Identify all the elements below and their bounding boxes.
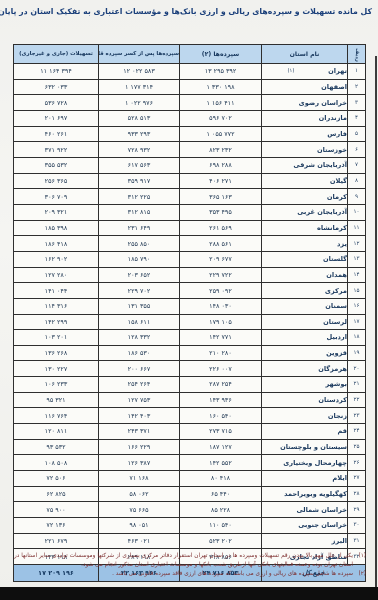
province-cell: زنجان — [262, 408, 348, 424]
footnote: (۱) یکی از علل مهم بالا بودن رقم تسهیلات… — [14, 552, 366, 570]
deposits-after-legal-cell: ۹۸ ۰۵۱ — [99, 518, 180, 534]
deposits-after-legal-cell: ۱۸۶ ۵۳۰ — [99, 345, 180, 361]
facilities-cell: ۱۴۱ ۰۴۴ — [14, 283, 99, 299]
deposits-cell: ۱۸۷ ۱۲۷ — [180, 439, 262, 455]
rank-cell: ۲۰ — [348, 361, 366, 377]
facilities-cell: ۱۱ ۱۶۴ ۳۹۴ — [14, 64, 99, 80]
province-name: مازندران — [319, 114, 347, 122]
deposits-cell: ۱۴۲ ۷۷۱ — [180, 330, 262, 346]
deposits-cell: ۲۰۹ ۶۷۷ — [180, 251, 262, 267]
deposits-after-legal-cell: ۶۱۷ ۵۶۳ — [99, 157, 180, 173]
province-cell: فارس — [262, 126, 348, 142]
province-name: اصفهان — [321, 83, 347, 91]
table-row: ۱۱ کرمانشاه ۲۶۱ ۵۶۹ ۲۳۱ ۶۴۹ ۱۸۵ ۳۹۸ — [14, 220, 366, 236]
table-row: ۳۱ البرز ۵۲۳ ۲۰۲ ۴۶۳ ۰۲۱ ۲۲۱ ۶۷۹ — [14, 533, 366, 549]
table-row: ۱۴ همدان ۲۲۹ ۷۲۲ ۲۰۳ ۶۵۲ ۱۲۷ ۲۸۰ — [14, 267, 366, 283]
province-name: خراسان شمالی — [296, 506, 347, 514]
rank-cell: ۵ — [348, 126, 366, 142]
province-name: یزد — [337, 240, 347, 248]
table-row: ۲۴ قم ۲۷۳ ۷۱۵ ۲۴۳ ۳۷۱ ۱۲۰ ۸۱۱ — [14, 424, 366, 440]
province-cell: یزد — [262, 236, 348, 252]
rank-cell: ۲۷ — [348, 471, 366, 487]
deposits-cell: ۵۹۶ ۷۰۲ — [180, 110, 262, 126]
scanned-page: کل مانده تسهیلات و سپرده‌های ریالی و ارز… — [0, 0, 378, 600]
photo-bottom-black-bar — [0, 587, 378, 600]
rank-cell: ۲۸ — [348, 486, 366, 502]
deposits-cell: ۵۲۳ ۲۰۲ — [180, 533, 262, 549]
province-name: هرمزگان — [318, 365, 347, 373]
province-cell: کرمان — [262, 189, 348, 205]
province-name: تهران — [328, 67, 347, 75]
col-header-deposits-after-legal: سپرده‌ها پس از کسر سپرده قانونی — [99, 45, 180, 64]
deposits-after-legal-cell: ۱۲۷ ۷۵۳ — [99, 392, 180, 408]
facilities-cell: ۱۳۶ ۲۶۸ — [14, 345, 99, 361]
province-cell: گلستان — [262, 251, 348, 267]
province-name: آذربایجان شرقی — [293, 161, 347, 169]
table-header: ردیف نام استان سپرده‌ها (۲) سپرده‌ها پس … — [14, 45, 366, 64]
deposits-after-legal-cell: ۲۳۱ ۶۴۹ — [99, 220, 180, 236]
deposits-cell: ۱۶۰ ۵۴۰ — [180, 408, 262, 424]
province-name: زنجان — [328, 412, 347, 420]
table-row: ۴ مازندران ۵۹۶ ۷۰۲ ۵۲۸ ۵۱۳ ۲۰۱ ۶۹۷ — [14, 110, 366, 126]
deposits-cell: ۱۴۳ ۹۳۶ — [180, 392, 262, 408]
rank-cell: ۲۹ — [348, 502, 366, 518]
rank-cell: ۲۱ — [348, 377, 366, 393]
table-row: ۲ اصفهان ۱ ۳۳۰ ۱۹۸ ۱ ۱۷۷ ۳۱۴ ۶۳۲ ۰۳۳ — [14, 79, 366, 95]
table-row: ۱۲ یزد ۲۸۸ ۵۶۱ ۲۵۵ ۸۵۰ ۱۸۶ ۴۱۸ — [14, 236, 366, 252]
deposits-cell: ۲۶۱ ۵۶۹ — [180, 220, 262, 236]
facilities-cell: ۱۰۸ ۵۰۸ — [14, 455, 99, 471]
rank-cell: ۴ — [348, 110, 366, 126]
deposits-after-legal-cell: ۱۳۱ ۳۵۵ — [99, 298, 180, 314]
province-name: بوشهر — [325, 380, 347, 388]
table-row: ۸ گیلان ۴۰۶ ۲۷۱ ۳۵۹ ۹۱۷ ۲۵۶ ۳۶۵ — [14, 173, 366, 189]
deposits-cell: ۱۴۲ ۵۵۲ — [180, 455, 262, 471]
deposits-after-legal-cell: ۱ ۱۷۷ ۳۱۴ — [99, 79, 180, 95]
deposits-cell: ۲۲۹ ۷۲۲ — [180, 267, 262, 283]
province-cell: کردستان — [262, 392, 348, 408]
deposits-after-legal-cell: ۱۸۵ ۷۹۰ — [99, 251, 180, 267]
deposits-cell: ۱ ۳۳۰ ۱۹۸ — [180, 79, 262, 95]
deposits-after-legal-cell: ۷۱ ۱۶۸ — [99, 471, 180, 487]
deposits-after-legal-cell: ۲۵۵ ۸۵۰ — [99, 236, 180, 252]
deposits-cell: ۱۳ ۲۹۵ ۳۹۲ — [180, 64, 262, 80]
province-cell: سمنان — [262, 298, 348, 314]
rank-cell: ۱۵ — [348, 283, 366, 299]
table-row: ۱۹ قزوین ۲۱۰ ۲۸۰ ۱۸۶ ۵۳۰ ۱۳۶ ۲۶۸ — [14, 345, 366, 361]
table-row: ۲۷ ایلام ۸۰ ۴۱۸ ۷۱ ۱۶۸ ۷۲ ۵۰۶ — [14, 471, 366, 487]
col-header-facilities: تسهیلات (جاری و غیرجاری) — [14, 45, 99, 64]
deposits-after-legal-cell: ۷۵ ۶۶۵ — [99, 502, 180, 518]
province-name: کرمانشاه — [317, 224, 347, 232]
deposits-after-legal-cell: ۱۲۸ ۳۳۲ — [99, 330, 180, 346]
deposits-cell: ۸۲۳ ۲۳۲ — [180, 142, 262, 158]
rank-cell: ۱۲ — [348, 236, 366, 252]
province-cell: سیستان و بلوچستان — [262, 439, 348, 455]
photo-edge-shadow — [375, 56, 378, 587]
table-row: ۹ کرمان ۳۶۵ ۱۶۳ ۳۱۲ ۲۲۵ ۳۰۶ ۷۰۹ — [14, 189, 366, 205]
col-header-rank: ردیف — [348, 45, 366, 64]
footnote: (۲) سپرده ها شامل سپرده های ریالی و ارزی… — [14, 570, 366, 579]
province-cell: قزوین — [262, 345, 348, 361]
deposits-after-legal-cell: ۱۶۶ ۲۲۹ — [99, 439, 180, 455]
rank-cell: ۱۶ — [348, 298, 366, 314]
footnote-1-marker: (۱) — [353, 552, 366, 570]
deposits-after-legal-cell: ۱۵۸ ۶۱۱ — [99, 314, 180, 330]
facilities-cell: ۷۵ ۹۰۰ — [14, 502, 99, 518]
province-name: البرز — [332, 537, 347, 545]
province-cell: مازندران — [262, 110, 348, 126]
table-row: ۵ فارس ۱ ۰۵۵ ۷۷۲ ۹۳۳ ۲۹۳ ۴۶۰ ۲۶۱ — [14, 126, 366, 142]
rank-cell: ۷ — [348, 157, 366, 173]
col-header-deposits: سپرده‌ها (۲) — [180, 45, 262, 64]
facilities-cell: ۱۰۳ ۲۰۱ — [14, 330, 99, 346]
province-name: خوزستان — [317, 146, 347, 154]
facilities-cell: ۲۲۱ ۶۷۹ — [14, 533, 99, 549]
deposits-cell: ۱ ۱۵۶ ۴۱۱ — [180, 95, 262, 111]
rank-cell: ۱۴ — [348, 267, 366, 283]
rank-cell: ۲۲ — [348, 392, 366, 408]
deposits-cell: ۶۹۸ ۲۸۸ — [180, 157, 262, 173]
facilities-cell: ۳۰۶ ۷۰۹ — [14, 189, 99, 205]
rank-cell: ۱۱ — [348, 220, 366, 236]
province-cell: قم — [262, 424, 348, 440]
facilities-cell: ۷۲ ۱۳۶ — [14, 518, 99, 534]
table-row: ۳۰ خراسان جنوبی ۱۱۰ ۵۴۰ ۹۸ ۰۵۱ ۷۲ ۱۳۶ — [14, 518, 366, 534]
province-cell: لرستان — [262, 314, 348, 330]
rank-cell: ۱۳ — [348, 251, 366, 267]
table-row: ۲۵ سیستان و بلوچستان ۱۸۷ ۱۲۷ ۱۶۶ ۲۲۹ ۹۳ … — [14, 439, 366, 455]
province-name: لرستان — [323, 318, 347, 326]
rank-cell: ۲۳ — [348, 408, 366, 424]
province-cell: خوزستان — [262, 142, 348, 158]
deposits-cell: ۳۵۳ ۴۹۵ — [180, 204, 262, 220]
rank-cell: ۳۱ — [348, 533, 366, 549]
deposits-cell: ۶۵ ۴۴۰ — [180, 486, 262, 502]
footnote-2-marker: (۲) — [353, 570, 366, 579]
facilities-cell: ۹۵ ۳۲۱ — [14, 392, 99, 408]
rank-cell: ۳ — [348, 95, 366, 111]
province-cell: البرز — [262, 533, 348, 549]
province-name: چهارمحال وبختیاری — [283, 459, 347, 467]
facilities-cell: ۱۱۴ ۳۱۶ — [14, 298, 99, 314]
facilities-cell: ۲۵۶ ۳۶۵ — [14, 173, 99, 189]
facilities-cell: ۱۴۲ ۲۹۹ — [14, 314, 99, 330]
table-body: ۱ تهران(۱) ۱۳ ۲۹۵ ۳۹۲ ۱۲ ۰۲۲ ۵۸۳ ۱۱ ۱۶۴ … — [14, 64, 366, 565]
rank-cell: ۱۸ — [348, 330, 366, 346]
table-row: ۱۰ آذربایجان غربی ۳۵۳ ۴۹۵ ۳۱۲ ۸۱۵ ۲۰۹ ۳۲… — [14, 204, 366, 220]
table-row: ۱۸ اردبیل ۱۴۲ ۷۷۱ ۱۲۸ ۳۳۲ ۱۰۳ ۲۰۱ — [14, 330, 366, 346]
province-name: کرمان — [327, 193, 347, 201]
facilities-cell: ۱۶۲ ۹۰۲ — [14, 251, 99, 267]
province-name: آذربایجان غربی — [297, 208, 347, 216]
deposits-cell: ۱۷۹ ۱۰۵ — [180, 314, 262, 330]
deposits-cell: ۲۷۳ ۷۱۵ — [180, 424, 262, 440]
facilities-cell: ۲۰۹ ۳۲۱ — [14, 204, 99, 220]
rank-header-label: ردیف — [354, 48, 360, 62]
province-cell: خراسان رضوی — [262, 95, 348, 111]
rank-cell: ۲ — [348, 79, 366, 95]
footnotes: (۱) یکی از علل مهم بالا بودن رقم تسهیلات… — [14, 552, 366, 579]
table-row: ۲۸ کهگیلویه وبویراحمد ۶۵ ۴۴۰ ۵۸ ۰۶۲ ۶۲ ۸… — [14, 486, 366, 502]
province-name: قم — [338, 427, 348, 435]
footnote-1-text: یکی از علل مهم بالا بودن رقم تسهیلات وسپ… — [14, 552, 353, 570]
deposits-after-legal-cell: ۴۶۳ ۰۲۱ — [99, 533, 180, 549]
table-row: ۷ آذربایجان شرقی ۶۹۸ ۲۸۸ ۶۱۷ ۵۶۳ ۳۵۵ ۵۳۲ — [14, 157, 366, 173]
province-name: کهگیلویه وبویراحمد — [284, 490, 347, 498]
province-name: گیلان — [330, 177, 347, 185]
province-cell: آذربایجان شرقی — [262, 157, 348, 173]
deposits-cell: ۴۰۶ ۲۷۱ — [180, 173, 262, 189]
province-name: گلستان — [323, 255, 347, 263]
facilities-cell: ۳۵۵ ۵۳۲ — [14, 157, 99, 173]
deposits-after-legal-cell: ۳۱۲ ۲۲۵ — [99, 189, 180, 205]
deposits-after-legal-cell: ۲۰۳ ۶۵۲ — [99, 267, 180, 283]
facilities-cell: ۱۱۶ ۷۶۴ — [14, 408, 99, 424]
province-cell: هرمزگان — [262, 361, 348, 377]
rank-cell: ۹ — [348, 189, 366, 205]
table-row: ۱۶ سمنان ۱۴۸ ۰۳۰ ۱۳۱ ۳۵۵ ۱۱۴ ۳۱۶ — [14, 298, 366, 314]
rank-cell: ۲۴ — [348, 424, 366, 440]
table-row: ۲۶ چهارمحال وبختیاری ۱۴۲ ۵۵۲ ۱۲۶ ۳۸۷ ۱۰۸… — [14, 455, 366, 471]
facilities-cell: ۶۲ ۸۲۵ — [14, 486, 99, 502]
province-name: سیستان و بلوچستان — [280, 443, 347, 451]
col-header-province: نام استان — [262, 45, 348, 64]
province-name: سمنان — [325, 302, 347, 310]
footnote-marker: (۱) — [288, 68, 295, 74]
province-cell: کهگیلویه وبویراحمد — [262, 486, 348, 502]
province-name: ایلام — [332, 474, 347, 482]
rank-cell: ۱ — [348, 64, 366, 80]
deposits-after-legal-cell: ۱ ۰۲۲ ۹۷۶ — [99, 95, 180, 111]
rank-cell: ۲۶ — [348, 455, 366, 471]
province-name: اردبیل — [327, 333, 348, 341]
table-row: ۳ خراسان رضوی ۱ ۱۵۶ ۴۱۱ ۱ ۰۲۲ ۹۷۶ ۵۳۶ ۷۲… — [14, 95, 366, 111]
province-name: قزوین — [326, 349, 347, 357]
deposits-cell: ۲۱۰ ۲۸۰ — [180, 345, 262, 361]
deposits-after-legal-cell: ۲۰۰ ۶۶۷ — [99, 361, 180, 377]
facilities-cell: ۹۳ ۵۳۲ — [14, 439, 99, 455]
deposits-cell: ۲۸۸ ۵۶۱ — [180, 236, 262, 252]
table-row: ۲۳ زنجان ۱۶۰ ۵۴۰ ۱۴۲ ۴۰۳ ۱۱۶ ۷۶۴ — [14, 408, 366, 424]
table-row: ۲۲ کردستان ۱۴۳ ۹۳۶ ۱۲۷ ۷۵۳ ۹۵ ۳۲۱ — [14, 392, 366, 408]
province-cell: آذربایجان غربی — [262, 204, 348, 220]
rank-cell: ۶ — [348, 142, 366, 158]
province-cell: گیلان — [262, 173, 348, 189]
province-cell: مرکزی — [262, 283, 348, 299]
facilities-cell: ۱۲۰ ۸۱۱ — [14, 424, 99, 440]
deposits-after-legal-cell: ۱۲۶ ۳۸۷ — [99, 455, 180, 471]
province-cell: خراسان جنوبی — [262, 518, 348, 534]
facilities-cell: ۶۳۲ ۰۳۳ — [14, 79, 99, 95]
facilities-cell: ۵۳۶ ۷۲۸ — [14, 95, 99, 111]
table-row: ۱۵ مرکزی ۲۵۹ ۰۹۲ ۲۲۹ ۷۰۲ ۱۴۱ ۰۴۴ — [14, 283, 366, 299]
provinces-table: ردیف نام استان سپرده‌ها (۲) سپرده‌ها پس … — [13, 44, 366, 582]
province-name: خراسان جنوبی — [298, 521, 347, 529]
province-name: خراسان رضوی — [299, 99, 347, 107]
table-row: ۲۰ هرمزگان ۲۲۶ ۰۰۷ ۲۰۰ ۶۶۷ ۱۳۰ ۲۲۷ — [14, 361, 366, 377]
deposits-cell: ۱۱۰ ۵۴۰ — [180, 518, 262, 534]
deposits-cell: ۲۸۷ ۲۵۴ — [180, 377, 262, 393]
table-row: ۱۷ لرستان ۱۷۹ ۱۰۵ ۱۵۸ ۶۱۱ ۱۴۲ ۲۹۹ — [14, 314, 366, 330]
table-row: ۲۱ بوشهر ۲۸۷ ۲۵۴ ۲۵۴ ۲۶۴ ۱۰۶ ۲۳۳ — [14, 377, 366, 393]
rank-cell: ۸ — [348, 173, 366, 189]
province-cell: کرمانشاه — [262, 220, 348, 236]
deposits-after-legal-cell: ۳۵۹ ۹۱۷ — [99, 173, 180, 189]
table-row: ۶ خوزستان ۸۲۳ ۲۳۲ ۷۲۸ ۹۳۲ ۳۷۱ ۹۲۲ — [14, 142, 366, 158]
rank-cell: ۱۷ — [348, 314, 366, 330]
deposits-after-legal-cell: ۳۱۲ ۸۱۵ — [99, 204, 180, 220]
deposits-after-legal-cell: ۲۵۴ ۲۶۴ — [99, 377, 180, 393]
facilities-cell: ۴۶۰ ۲۶۱ — [14, 126, 99, 142]
province-cell: تهران(۱) — [262, 64, 348, 80]
deposits-after-legal-cell: ۱۲ ۰۲۲ ۵۸۳ — [99, 64, 180, 80]
rank-cell: ۱۰ — [348, 204, 366, 220]
facilities-cell: ۱۸۵ ۳۹۸ — [14, 220, 99, 236]
province-cell: اردبیل — [262, 330, 348, 346]
province-cell: اصفهان — [262, 79, 348, 95]
deposits-after-legal-cell: ۲۲۹ ۷۰۲ — [99, 283, 180, 299]
province-name: همدان — [326, 271, 347, 279]
deposits-after-legal-cell: ۹۳۳ ۲۹۳ — [99, 126, 180, 142]
deposits-after-legal-cell: ۷۲۸ ۹۳۲ — [99, 142, 180, 158]
deposits-after-legal-cell: ۵۸ ۰۶۲ — [99, 486, 180, 502]
facilities-cell: ۱۰۶ ۲۳۳ — [14, 377, 99, 393]
facilities-cell: ۱۳۰ ۲۲۷ — [14, 361, 99, 377]
deposits-cell: ۱ ۰۵۵ ۷۷۲ — [180, 126, 262, 142]
rank-cell: ۱۹ — [348, 345, 366, 361]
province-name: مرکزی — [325, 287, 347, 295]
table-row: ۲۹ خراسان شمالی ۸۵ ۲۲۸ ۷۵ ۶۶۵ ۷۵ ۹۰۰ — [14, 502, 366, 518]
province-cell: بوشهر — [262, 377, 348, 393]
province-cell: خراسان شمالی — [262, 502, 348, 518]
deposits-cell: ۸۵ ۲۲۸ — [180, 502, 262, 518]
facilities-cell: ۱۲۷ ۲۸۰ — [14, 267, 99, 283]
table-row: ۱۳ گلستان ۲۰۹ ۶۷۷ ۱۸۵ ۷۹۰ ۱۶۲ ۹۰۲ — [14, 251, 366, 267]
province-name: فارس — [327, 130, 347, 138]
rank-cell: ۲۵ — [348, 439, 366, 455]
rank-cell: ۳۰ — [348, 518, 366, 534]
facilities-cell: ۷۲ ۵۰۶ — [14, 471, 99, 487]
deposits-cell: ۲۲۶ ۰۰۷ — [180, 361, 262, 377]
deposits-cell: ۸۰ ۴۱۸ — [180, 471, 262, 487]
deposits-after-legal-cell: ۱۴۲ ۴۰۳ — [99, 408, 180, 424]
deposits-after-legal-cell: ۵۲۸ ۵۱۳ — [99, 110, 180, 126]
page-title: کل مانده تسهیلات و سپرده‌های ریالی و ارز… — [0, 7, 372, 16]
facilities-cell: ۲۰۱ ۶۹۷ — [14, 110, 99, 126]
deposits-after-legal-cell: ۲۴۳ ۳۷۱ — [99, 424, 180, 440]
province-cell: چهارمحال وبختیاری — [262, 455, 348, 471]
facilities-cell: ۳۷۱ ۹۲۲ — [14, 142, 99, 158]
province-cell: همدان — [262, 267, 348, 283]
deposits-cell: ۳۶۵ ۱۶۳ — [180, 189, 262, 205]
deposits-cell: ۱۴۸ ۰۳۰ — [180, 298, 262, 314]
table-row: ۱ تهران(۱) ۱۳ ۲۹۵ ۳۹۲ ۱۲ ۰۲۲ ۵۸۳ ۱۱ ۱۶۴ … — [14, 64, 366, 80]
province-cell: ایلام — [262, 471, 348, 487]
province-name: کردستان — [318, 396, 347, 404]
footnote-2-text: سپرده ها شامل سپرده های ریالی و ارزی می … — [14, 570, 353, 579]
facilities-cell: ۱۸۶ ۴۱۸ — [14, 236, 99, 252]
deposits-cell: ۲۵۹ ۰۹۲ — [180, 283, 262, 299]
